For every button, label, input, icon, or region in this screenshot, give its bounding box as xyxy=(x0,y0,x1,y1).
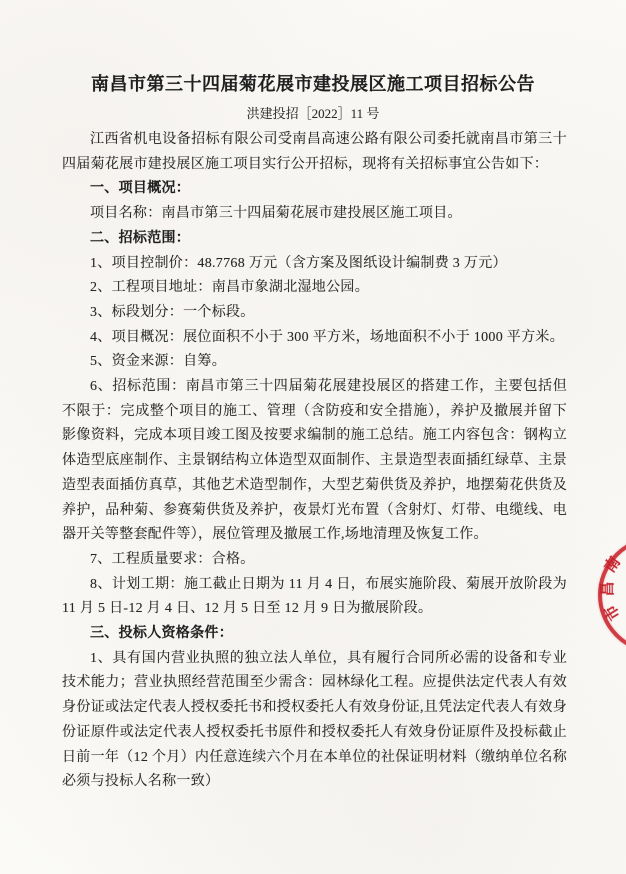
paragraph: 1、具有国内营业执照的独立法人单位，具有履行合同所必需的设备和专业技术能力；营业… xyxy=(62,647,567,795)
seal-ring-icon xyxy=(598,536,626,654)
document-number: 洪建投招［2022］11 号 xyxy=(0,103,626,122)
paragraph: 2、工程项目地址：南昌市象湖北湿地公园。 xyxy=(62,276,567,301)
paragraph: 6、招标范围：南昌市第三十四届菊花展建投展区的搭建工作，主要包括但不限于：完成整… xyxy=(62,375,567,548)
paragraph: 8、计划工期：施工截止日期为 11 月 4 日，布展实施阶段、菊展开放阶段为 1… xyxy=(62,573,567,622)
paragraph: 5、资金来源：自筹。 xyxy=(62,350,567,375)
scanned-document-page: 南昌市第三十四届菊花展市建投展区施工项目招标公告 洪建投招［2022］11 号 … xyxy=(0,0,626,874)
document-body: 江西省机电设备招标有限公司受南昌高速公路有限公司委托就南昌市第三十四届菊花展市建… xyxy=(62,128,567,795)
section-heading: 三、投标人资格条件： xyxy=(62,622,567,647)
paragraph: 7、工程质量要求：合格。 xyxy=(62,548,567,573)
paragraph: 江西省机电设备招标有限公司受南昌高速公路有限公司委托就南昌市第三十四届菊花展市建… xyxy=(62,128,567,177)
paragraph: 3、标段划分：一个标段。 xyxy=(62,301,567,326)
section-heading: 二、招标范围： xyxy=(62,227,567,252)
paragraph: 项目名称：南昌市第三十四届菊花展市建投展区施工项目。 xyxy=(62,202,567,227)
paragraph: 1、项目控制价：48.7768 万元（含方案及图纸设计编制费 3 万元） xyxy=(62,252,567,277)
seal-character: 昌 xyxy=(599,580,617,598)
paragraph: 4、项目概况：展位面积不小于 300 平方米，场地面积不小于 1000 平方米。 xyxy=(62,326,567,351)
section-heading: 一、项目概况： xyxy=(62,177,567,202)
seal-character: 南 xyxy=(600,552,625,577)
document-title: 南昌市第三十四届菊花展市建投展区施工项目招标公告 xyxy=(0,0,626,96)
seal-character: 市 xyxy=(601,600,626,625)
